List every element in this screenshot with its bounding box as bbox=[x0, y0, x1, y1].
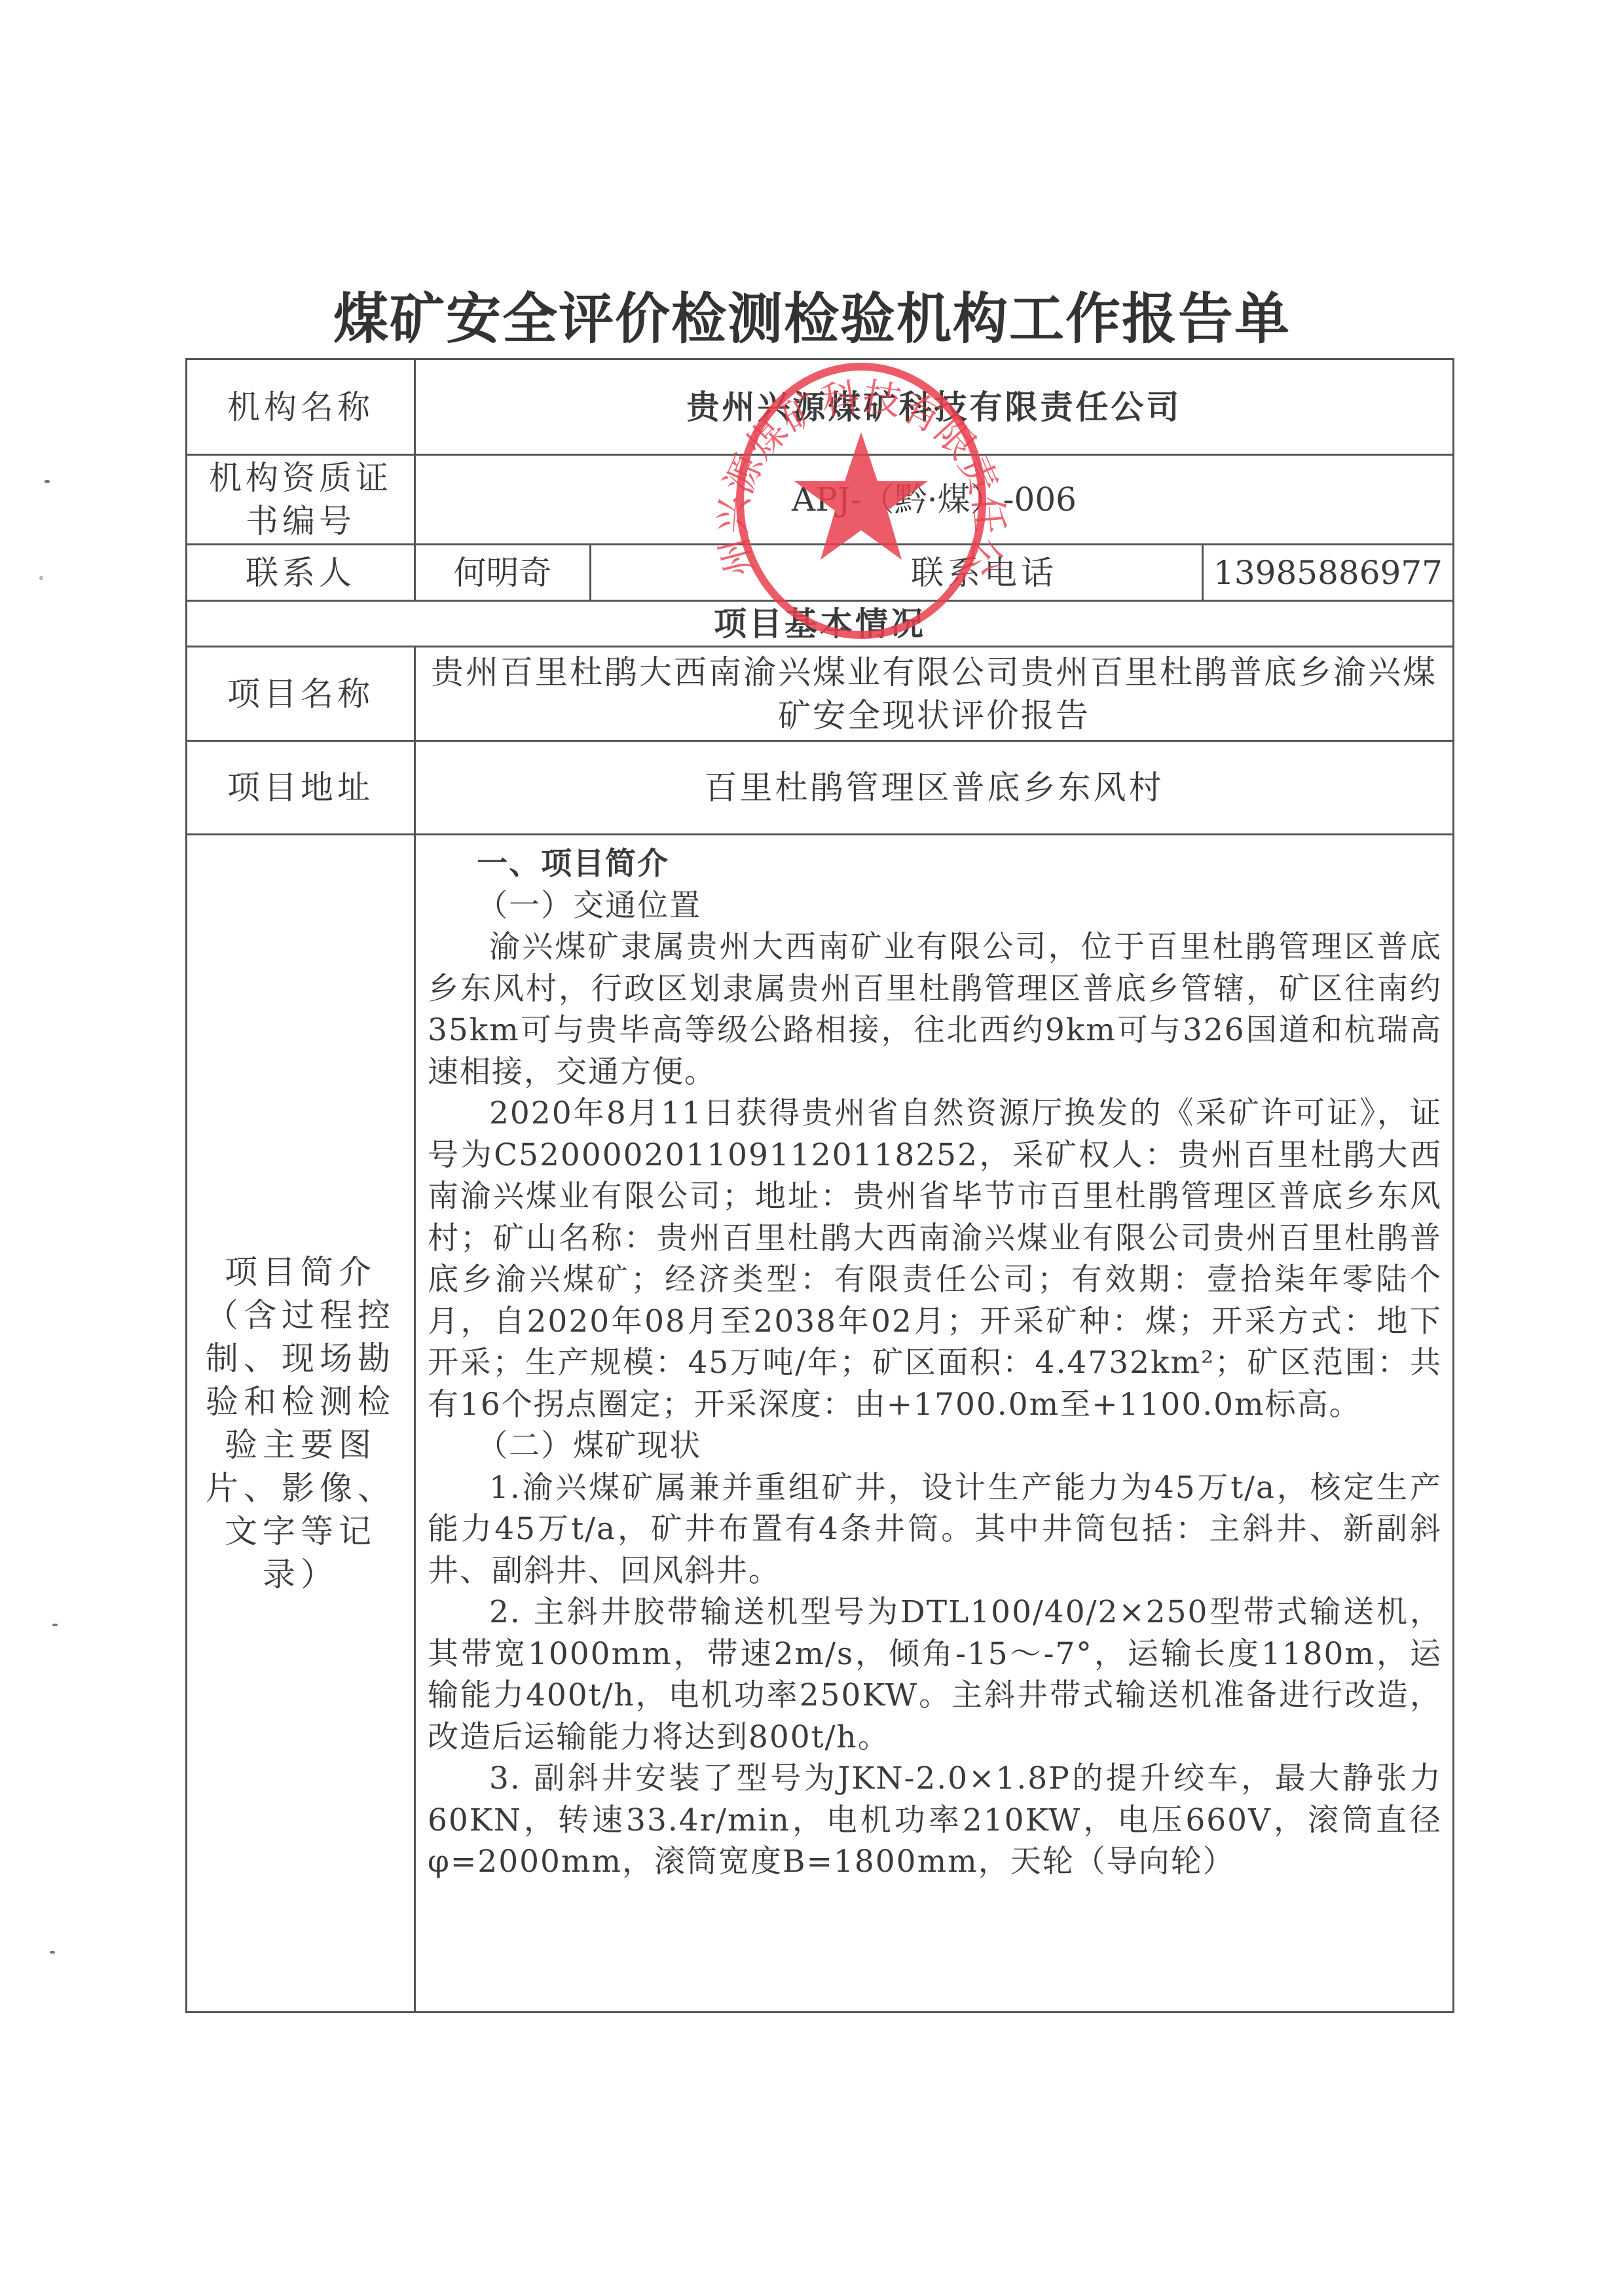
contact-label: 联系人 bbox=[187, 545, 415, 601]
project-name-label: 项目名称 bbox=[187, 647, 415, 741]
org-name-value: 贵州兴源煤矿科技有限责任公司 bbox=[415, 359, 1454, 455]
paragraph-item-1: 1.渝兴煤矿属兼并重组矿井，设计生产能力为45万t/a，核定生产能力45万t/a… bbox=[428, 1467, 1442, 1592]
project-name-value: 贵州百里杜鹃大西南渝兴煤业有限公司贵州百里杜鹃普底乡渝兴煤矿安全现状评价报告 bbox=[415, 647, 1454, 741]
scan-speck bbox=[45, 480, 50, 483]
org-name-label: 机构名称 bbox=[187, 359, 415, 455]
report-table: 机构名称 贵州兴源煤矿科技有限责任公司 机构资质证书编号 APJ-（黔·煤）-0… bbox=[185, 358, 1454, 2013]
scan-speck bbox=[39, 576, 43, 580]
project-address-value: 百里杜鹃管理区普底乡东风村 bbox=[415, 741, 1454, 835]
phone-label: 联系电话 bbox=[591, 545, 1203, 601]
phone-value: 13985886977 bbox=[1203, 545, 1454, 601]
heading-project-intro: 一、项目简介 bbox=[428, 843, 1442, 885]
heading-traffic-location: （一）交通位置 bbox=[428, 885, 1442, 927]
contact-value: 何明奇 bbox=[415, 545, 591, 601]
paragraph-item-2: 2. 主斜井胶带输送机型号为DTL100/40/2×250型带式输送机，其带宽1… bbox=[428, 1592, 1442, 1758]
section-header: 项目基本情况 bbox=[187, 601, 1454, 647]
project-intro-body: 一、项目简介 （一）交通位置 渝兴煤矿隶属贵州大西南矿业有限公司，位于百里杜鹃管… bbox=[415, 835, 1454, 2013]
cert-no-label: 机构资质证书编号 bbox=[187, 455, 415, 545]
cert-no-value: APJ-（黔·煤）-006 bbox=[415, 455, 1454, 545]
project-address-label: 项目地址 bbox=[187, 741, 415, 835]
paragraph-item-3: 3. 副斜井安装了型号为JKN-2.0×1.8P的提升绞车，最大静张力60KN，… bbox=[428, 1758, 1442, 1883]
scan-speck bbox=[50, 1951, 55, 1954]
heading-mine-status: （二）煤矿现状 bbox=[428, 1425, 1442, 1467]
scan-speck bbox=[52, 1624, 58, 1626]
project-intro-label: 项目简介（含过程控制、现场勘验和检测检验主要图片、影像、文字等记录） bbox=[187, 835, 415, 2013]
paragraph-license: 2020年8月11日获得贵州省自然资源厅换发的《采矿许可证》，证号为C52000… bbox=[428, 1093, 1442, 1425]
document-title: 煤矿安全评价检测检验机构工作报告单 bbox=[0, 275, 1624, 354]
paragraph-location: 渝兴煤矿隶属贵州大西南矿业有限公司，位于百里杜鹃管理区普底乡东风村，行政区划隶属… bbox=[428, 926, 1442, 1093]
